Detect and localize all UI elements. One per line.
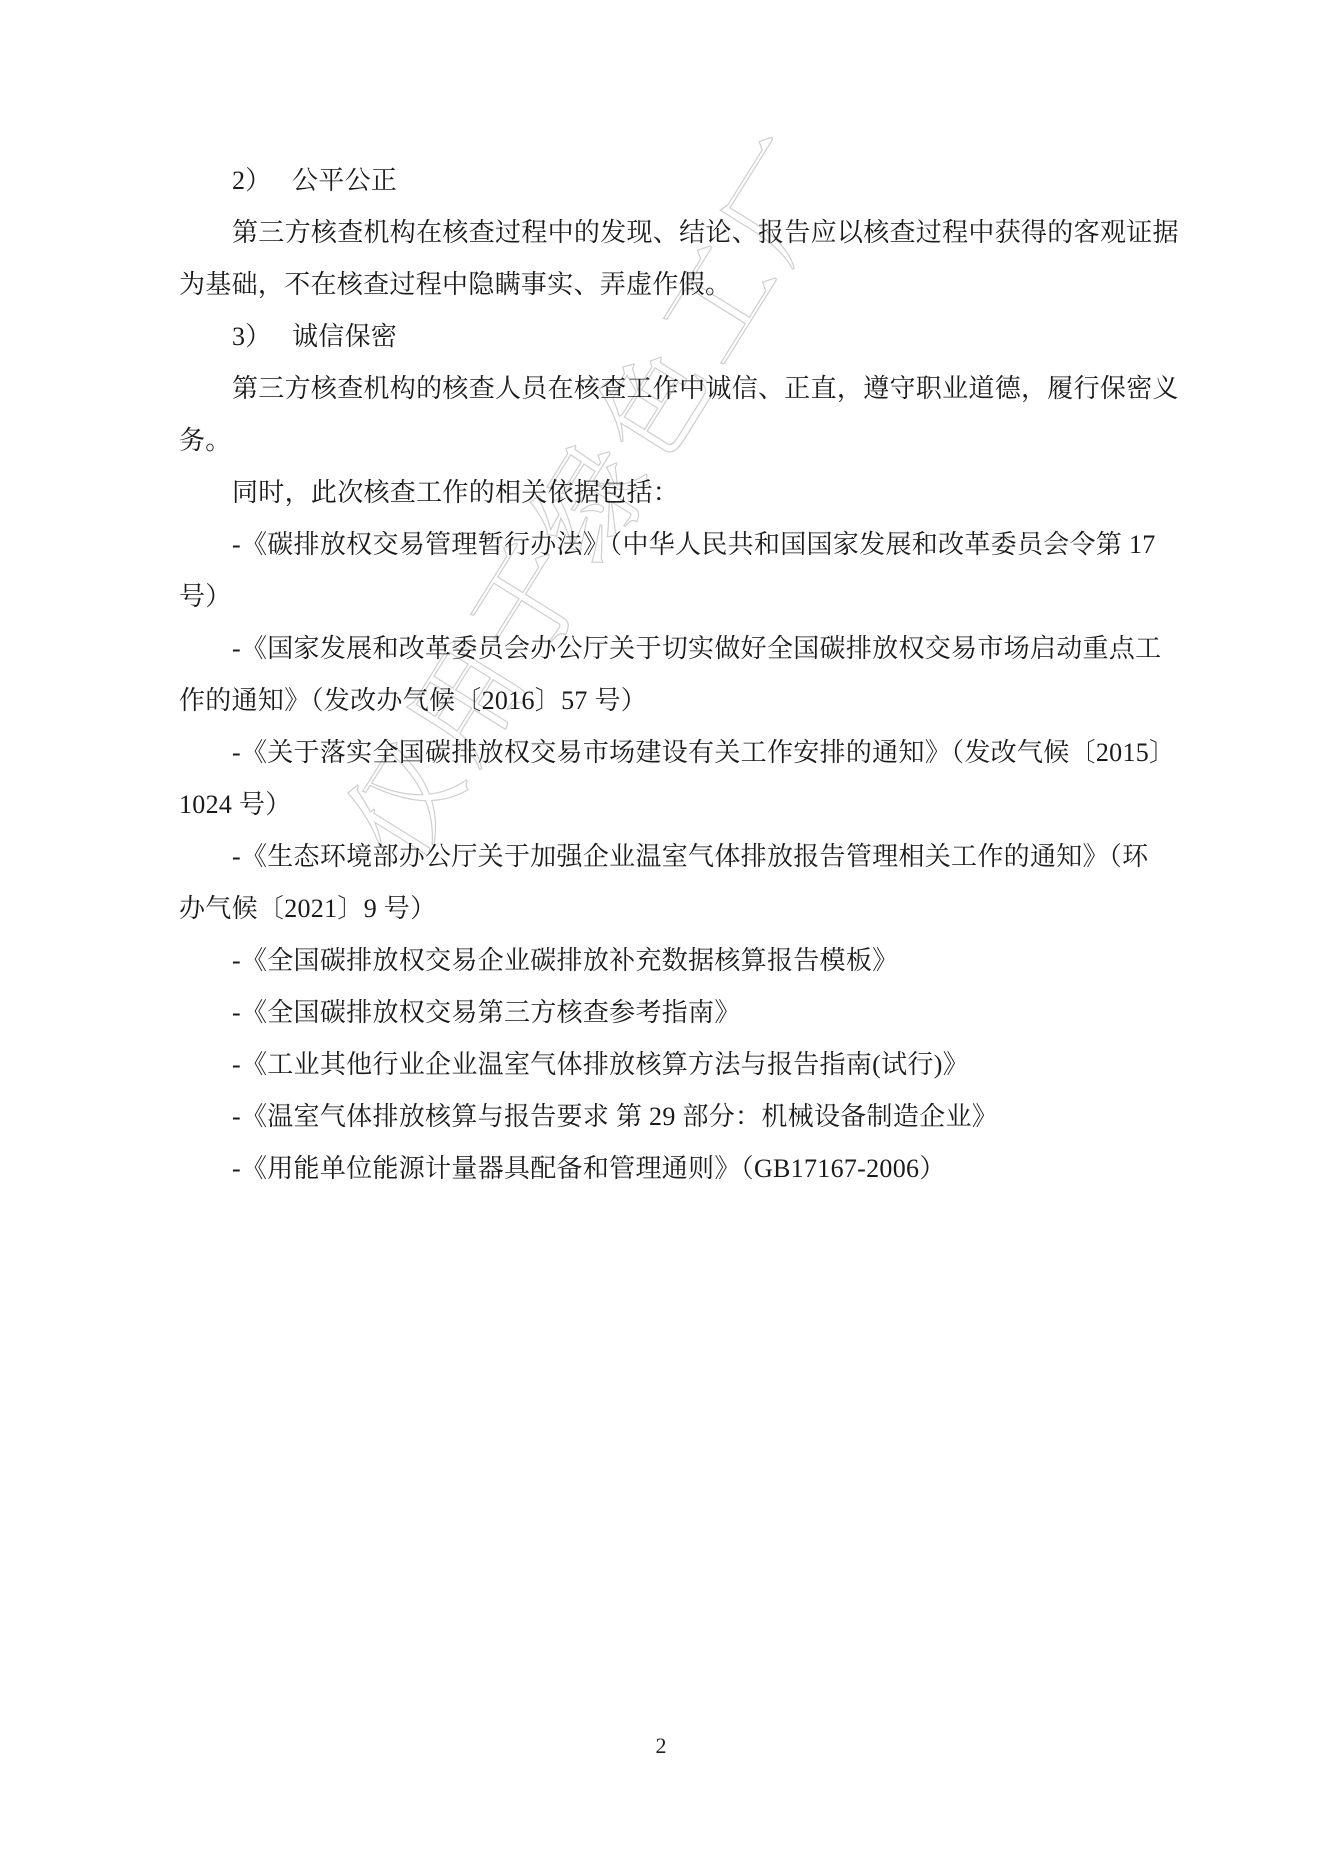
reference-line: 作的通知》（发改办气候〔2016〕57 号） (179, 675, 1194, 727)
section-title: 诚信保密 (292, 322, 397, 351)
reference-item: -《碳排放权交易管理暂行办法》（中华人民共和国国家发展和改革委员会令第 17 号… (179, 519, 1194, 623)
paragraph-line: 为基础，不在核查过程中隐瞒事实、弄虚作假。 (179, 259, 1194, 311)
reference-item: -《关于落实全国碳排放权交易市场建设有关工作安排的通知》（发改气候〔2015〕 … (179, 727, 1194, 831)
reference-item: -《温室气体排放核算与报告要求 第 29 部分：机械设备制造企业》 (179, 1091, 1194, 1143)
references-intro: 同时，此次核查工作的相关依据包括： (179, 467, 1194, 519)
reference-line: 号） (179, 571, 1194, 623)
reference-line: -《生态环境部办公厅关于加强企业温室气体排放报告管理相关工作的通知》（环 (179, 831, 1194, 883)
reference-item: -《工业其他行业企业温室气体排放核算方法与报告指南(试行)》 (179, 1039, 1194, 1091)
reference-item: -《全国碳排放权交易第三方核查参考指南》 (179, 987, 1194, 1039)
page-number: 2 (0, 1733, 1322, 1759)
document-page: 仅用于绿色工厂 2）公平公正 第三方核查机构在核查过程中的发现、结论、报告应以核… (0, 0, 1322, 1870)
section-heading: 3）诚信保密 (179, 311, 1194, 363)
paragraph-line: 第三方核查机构的核查人员在核查工作中诚信、正直，遵守职业道德，履行保密义 (179, 363, 1194, 415)
document-body: 2）公平公正 第三方核查机构在核查过程中的发现、结论、报告应以核查过程中获得的客… (179, 155, 1194, 1195)
reference-line: 1024 号） (179, 779, 1194, 831)
reference-line: -《全国碳排放权交易第三方核查参考指南》 (179, 987, 1194, 1039)
reference-line: -《用能单位能源计量器具配备和管理通则》（GB17167-2006） (179, 1143, 1194, 1195)
reference-item: -《生态环境部办公厅关于加强企业温室气体排放报告管理相关工作的通知》（环 办气候… (179, 831, 1194, 935)
paragraph-line: 务。 (179, 415, 1194, 467)
reference-line: -《全国碳排放权交易企业碳排放补充数据核算报告模板》 (179, 935, 1194, 987)
reference-line: -《碳排放权交易管理暂行办法》（中华人民共和国国家发展和改革委员会令第 17 (179, 519, 1194, 571)
section-number: 3） (232, 311, 292, 363)
reference-line: 办气候〔2021〕9 号） (179, 883, 1194, 935)
reference-item: -《用能单位能源计量器具配备和管理通则》（GB17167-2006） (179, 1143, 1194, 1195)
paragraph-line: 第三方核查机构在核查过程中的发现、结论、报告应以核查过程中获得的客观证据 (179, 207, 1194, 259)
section-number: 2） (232, 155, 292, 207)
reference-item: -《国家发展和改革委员会办公厅关于切实做好全国碳排放权交易市场启动重点工 作的通… (179, 623, 1194, 727)
reference-list: -《碳排放权交易管理暂行办法》（中华人民共和国国家发展和改革委员会令第 17 号… (179, 519, 1194, 1195)
reference-line: -《关于落实全国碳排放权交易市场建设有关工作安排的通知》（发改气候〔2015〕 (179, 727, 1194, 779)
reference-item: -《全国碳排放权交易企业碳排放补充数据核算报告模板》 (179, 935, 1194, 987)
reference-line: -《国家发展和改革委员会办公厅关于切实做好全国碳排放权交易市场启动重点工 (179, 623, 1194, 675)
section-title: 公平公正 (292, 166, 397, 195)
section-heading: 2）公平公正 (179, 155, 1194, 207)
reference-line: -《工业其他行业企业温室气体排放核算方法与报告指南(试行)》 (179, 1039, 1194, 1091)
reference-line: -《温室气体排放核算与报告要求 第 29 部分：机械设备制造企业》 (179, 1091, 1194, 1143)
